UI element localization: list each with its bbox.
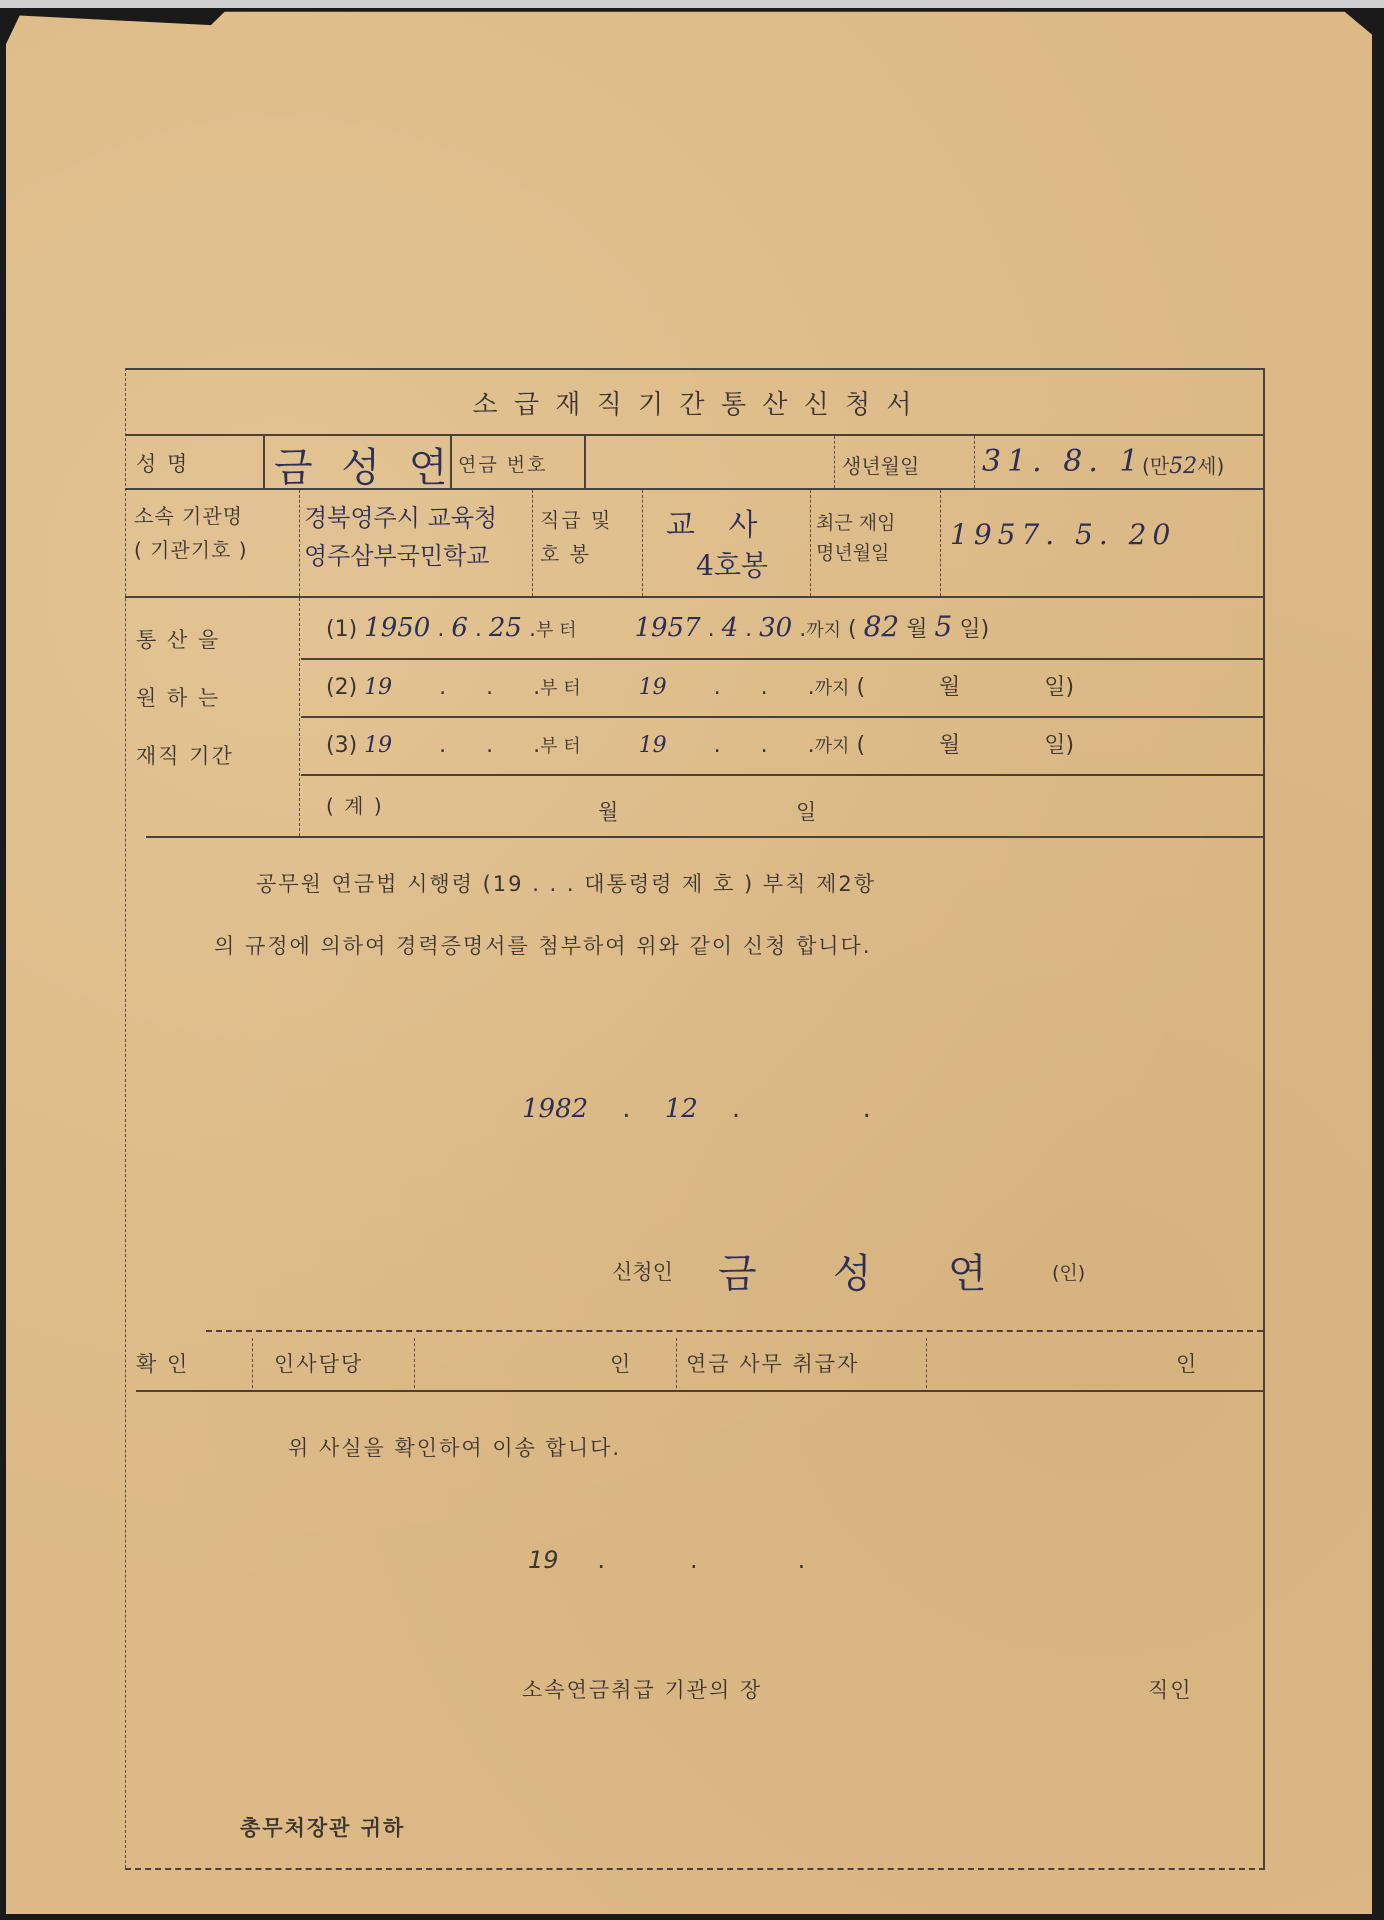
period-no: (2) bbox=[326, 675, 357, 700]
to-year[interactable]: 19 bbox=[639, 733, 667, 758]
periods-label-line3: 재직 기간 bbox=[136, 740, 234, 770]
statement-line2: 의 규정에 의하여 경력증명서를 첨부하여 위와 같이 신청 합니다. bbox=[214, 930, 872, 960]
reemploy-label-divider bbox=[810, 490, 811, 596]
age-suffix: 세) bbox=[1197, 454, 1224, 478]
org-label-line2: ( 기관기호 ) bbox=[134, 534, 248, 563]
transfer-date-prefix: 19 bbox=[528, 1546, 559, 1574]
period-row-1-bottom bbox=[301, 658, 1263, 660]
frame-right bbox=[1263, 368, 1265, 1868]
rank-label-divider bbox=[532, 490, 533, 596]
org-label-line1: 소속 기관명 bbox=[134, 500, 243, 529]
to-label: 까지 bbox=[806, 620, 841, 641]
from-label: 부 터 bbox=[540, 678, 581, 699]
to-label: 까지 bbox=[815, 678, 850, 699]
period-row-2[interactable]: (2) 19 ...부 터 19 ...까지 ( 월 일) bbox=[326, 670, 1074, 701]
name-col-divider bbox=[263, 436, 265, 488]
birth-value[interactable]: 31. 8. 1 bbox=[982, 444, 1145, 479]
form-title: 소 급 재 직 기 간 통 산 신 청 서 bbox=[6, 384, 1382, 421]
pension-officer-label: 연금 사무 취급자 bbox=[686, 1348, 859, 1378]
period-no: (1) bbox=[326, 617, 357, 642]
frame-bottom bbox=[125, 1868, 1265, 1870]
transfer-statement: 위 사실을 확인하여 이송 합니다. bbox=[288, 1432, 621, 1462]
to-year[interactable]: 19 bbox=[639, 675, 667, 700]
from-year[interactable]: 19 bbox=[364, 733, 392, 758]
period-no: (3) bbox=[326, 733, 357, 758]
confirm-label: 확 인 bbox=[136, 1348, 189, 1378]
application-date[interactable]: 1982 . 12 . . bbox=[522, 1094, 871, 1124]
reemploy-label-line2: 명년월일 bbox=[816, 538, 889, 565]
applicant-name[interactable]: 금 성 연 bbox=[718, 1242, 987, 1299]
transfer-date[interactable]: 19 . . . bbox=[528, 1546, 851, 1574]
confirm-divider-3 bbox=[676, 1338, 677, 1388]
confirm-divider-2 bbox=[414, 1338, 415, 1388]
period-row-2-bottom bbox=[301, 716, 1263, 718]
name-label: 성 명 bbox=[136, 448, 189, 478]
row-org-bottom bbox=[125, 596, 1263, 598]
total-day-label: 일 bbox=[796, 796, 818, 826]
addressee: 총무처장관 귀하 bbox=[240, 1812, 405, 1842]
org-value-line2[interactable]: 영주삼부국민학교 bbox=[304, 536, 489, 571]
confirm-divider-1 bbox=[252, 1338, 253, 1388]
from-year[interactable]: 19 bbox=[364, 675, 392, 700]
month-label: 월 bbox=[939, 675, 960, 700]
total-month-label: 월 bbox=[598, 796, 620, 826]
name-value[interactable]: 금 성 연 bbox=[274, 436, 455, 493]
reemploy-value-divider bbox=[940, 490, 941, 596]
periods-block-bottom bbox=[146, 836, 1263, 838]
applicant-label: 신청인 bbox=[612, 1256, 673, 1286]
form-paper: 소 급 재 직 기 간 통 산 신 청 서 성 명 금 성 연 연금 번호 생년… bbox=[6, 6, 1372, 1914]
day-label: 일) bbox=[1044, 733, 1074, 758]
pension-value-divider bbox=[584, 436, 586, 488]
pension-col-divider bbox=[450, 436, 452, 488]
periods-col-divider bbox=[299, 598, 300, 836]
applicant-seal: (인) bbox=[1052, 1258, 1085, 1285]
app-year[interactable]: 1982 bbox=[522, 1094, 588, 1124]
frame-left bbox=[125, 368, 126, 1868]
scan-top-strip bbox=[0, 0, 1384, 8]
from-day[interactable]: 25 bbox=[489, 613, 522, 643]
periods-label-line1: 통 산 을 bbox=[136, 624, 220, 654]
age-value[interactable]: 52 bbox=[1169, 454, 1197, 479]
months[interactable]: 82 bbox=[864, 610, 900, 643]
confirm-row-top bbox=[206, 1330, 1263, 1332]
rank-label-line2: 호 봉 bbox=[540, 538, 591, 567]
org-value-line1[interactable]: 경북영주시 교육청 bbox=[304, 498, 497, 533]
hr-seal[interactable]: 인 bbox=[610, 1348, 632, 1378]
total-label: ( 계 ) bbox=[326, 790, 384, 819]
from-month[interactable]: 6 bbox=[451, 613, 468, 643]
to-month[interactable]: 4 bbox=[722, 613, 739, 643]
birth-label: 생년월일 bbox=[842, 450, 919, 479]
period-row-3-bottom bbox=[301, 774, 1263, 776]
rank-value-line2[interactable]: 4호봉 bbox=[696, 544, 768, 584]
app-month[interactable]: 12 bbox=[665, 1094, 698, 1124]
reemploy-label-line1: 최근 재임 bbox=[816, 508, 895, 535]
day-label: 일) bbox=[1044, 675, 1074, 700]
reemploy-value[interactable]: 1957. 5. 20 bbox=[950, 518, 1176, 551]
org-col-divider bbox=[299, 490, 300, 596]
to-day[interactable]: 30 bbox=[759, 613, 792, 643]
age-field[interactable]: (만52세) bbox=[1142, 450, 1224, 479]
periods-label-line2: 원 하 는 bbox=[136, 682, 220, 712]
rank-value-divider bbox=[642, 490, 643, 596]
age-prefix: (만 bbox=[1142, 454, 1169, 478]
birth-value-divider bbox=[974, 436, 975, 488]
period-row-1[interactable]: (1) 1950 . 6 . 25 .부 터 1957 . 4 . 30 .까지… bbox=[326, 610, 989, 643]
birth-label-divider bbox=[834, 436, 835, 488]
pension-no-label: 연금 번호 bbox=[458, 450, 547, 477]
month-label: 월 bbox=[939, 733, 960, 758]
from-label: 부 터 bbox=[540, 736, 581, 757]
to-year[interactable]: 1957 bbox=[634, 613, 700, 643]
confirm-divider-4 bbox=[926, 1338, 927, 1388]
day-label: 일) bbox=[959, 617, 989, 642]
period-row-3[interactable]: (3) 19 ...부 터 19 ...까지 ( 월 일) bbox=[326, 728, 1074, 759]
hr-label: 인사담당 bbox=[274, 1348, 363, 1378]
confirm-row-bottom bbox=[136, 1390, 1263, 1392]
rank-value-line1[interactable]: 교 사 bbox=[666, 500, 770, 544]
pension-officer-seal[interactable]: 인 bbox=[1176, 1348, 1198, 1378]
rank-label-line1: 직급 및 bbox=[540, 504, 612, 533]
row-name-bottom bbox=[125, 488, 1263, 490]
official-seal-label[interactable]: 직인 bbox=[1148, 1674, 1193, 1704]
month-label: 월 bbox=[906, 617, 927, 642]
statement-line1: 공무원 연금법 시행령 (19 . . . 대통령령 제 호 ) 부칙 제2항 bbox=[256, 868, 876, 898]
days[interactable]: 5 bbox=[935, 610, 953, 643]
to-label: 까지 bbox=[815, 736, 850, 757]
from-label: 부 터 bbox=[536, 620, 577, 641]
head-of-agency-label: 소속연금취급 기관의 장 bbox=[522, 1674, 762, 1704]
frame-top bbox=[125, 368, 1263, 370]
from-year[interactable]: 1950 bbox=[364, 613, 430, 643]
